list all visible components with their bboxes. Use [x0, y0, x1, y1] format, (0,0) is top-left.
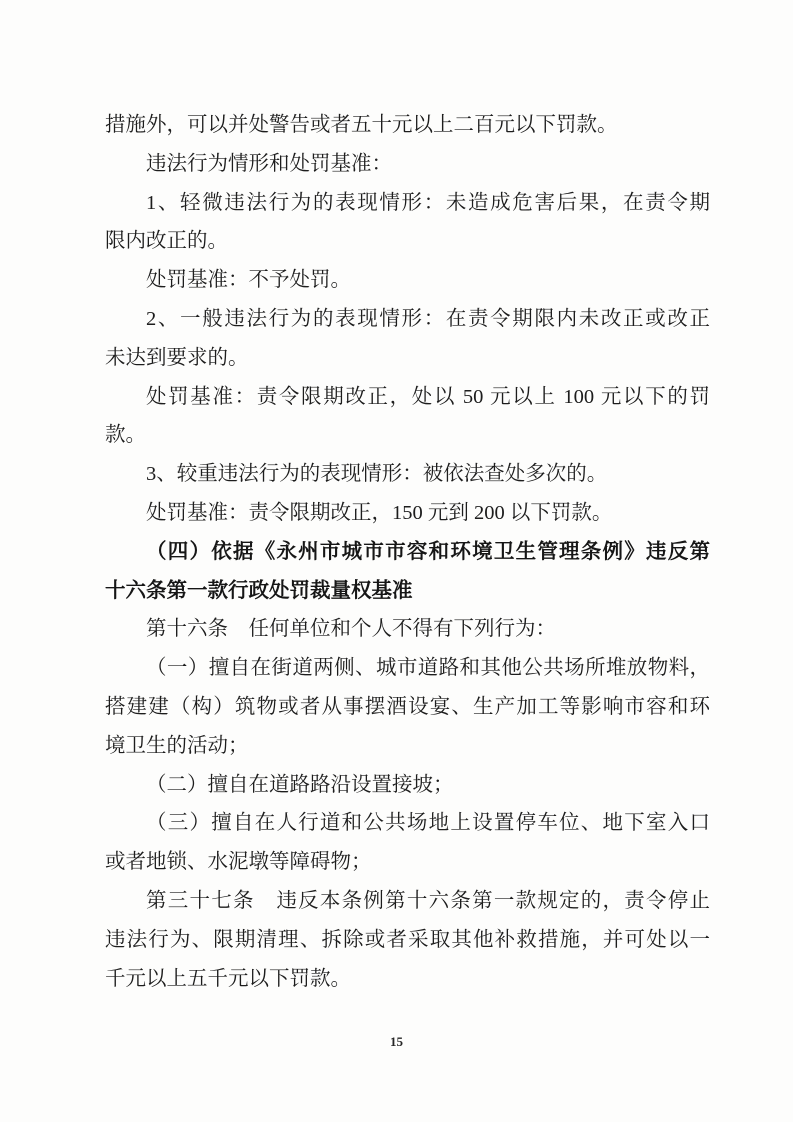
- body-text-line: 处罚基准：责令限期改正，处以 50 元以上 100 元以下的罚: [105, 378, 710, 417]
- body-text-line: 3、较重违法行为的表现情形：被依法查处多次的。: [105, 455, 710, 494]
- body-text-line: 处罚基准：责令限期改正，150 元到 200 以下罚款。: [105, 494, 710, 533]
- section-heading-line: （四）依据《永州市城市市容和环境卫生管理条例》违反第: [105, 533, 710, 572]
- body-text-line: 第三十七条 违反本条例第十六条第一款规定的，责令停止: [105, 882, 710, 921]
- body-text-line: 措施外，可以并处警告或者五十元以上二百元以下罚款。: [105, 106, 710, 145]
- document-page: 措施外，可以并处警告或者五十元以上二百元以下罚款。 违法行为情形和处罚基准： 1…: [0, 0, 793, 1122]
- body-text-line: 未达到要求的。: [105, 339, 710, 378]
- body-text-line: 违法行为、限期清理、拆除或者采取其他补救措施，并可处以一: [105, 921, 710, 960]
- section-heading-line: 十六条第一款行政处罚裁量权基准: [105, 572, 710, 611]
- body-text-line: 处罚基准：不予处罚。: [105, 261, 710, 300]
- body-text-line: （三）擅自在人行道和公共场地上设置停车位、地下室入口: [105, 804, 710, 843]
- body-text-line: 境卫生的活动；: [105, 727, 710, 766]
- body-text-line: （二）擅自在道路路沿设置接坡；: [105, 766, 710, 805]
- body-text-line: 款。: [105, 416, 710, 455]
- document-body: 措施外，可以并处警告或者五十元以上二百元以下罚款。 违法行为情形和处罚基准： 1…: [105, 106, 710, 998]
- body-text-line: 限内改正的。: [105, 222, 710, 261]
- body-text-line: 2、一般违法行为的表现情形：在责令期限内未改正或改正: [105, 300, 710, 339]
- body-text-line: 第十六条 任何单位和个人不得有下列行为：: [105, 610, 710, 649]
- body-text-line: 搭建建（构）筑物或者从事摆酒设宴、生产加工等影响市容和环: [105, 688, 710, 727]
- page-number: 15: [0, 1034, 793, 1050]
- body-text-line: （一）擅自在街道两侧、城市道路和其他公共场所堆放物料，: [105, 649, 710, 688]
- body-text-line: 或者地锁、水泥墩等障碍物；: [105, 843, 710, 882]
- body-text-line: 1、轻微违法行为的表现情形：未造成危害后果，在责令期: [105, 184, 710, 223]
- body-text-line: 千元以上五千元以下罚款。: [105, 960, 710, 999]
- body-text-line: 违法行为情形和处罚基准：: [105, 145, 710, 184]
